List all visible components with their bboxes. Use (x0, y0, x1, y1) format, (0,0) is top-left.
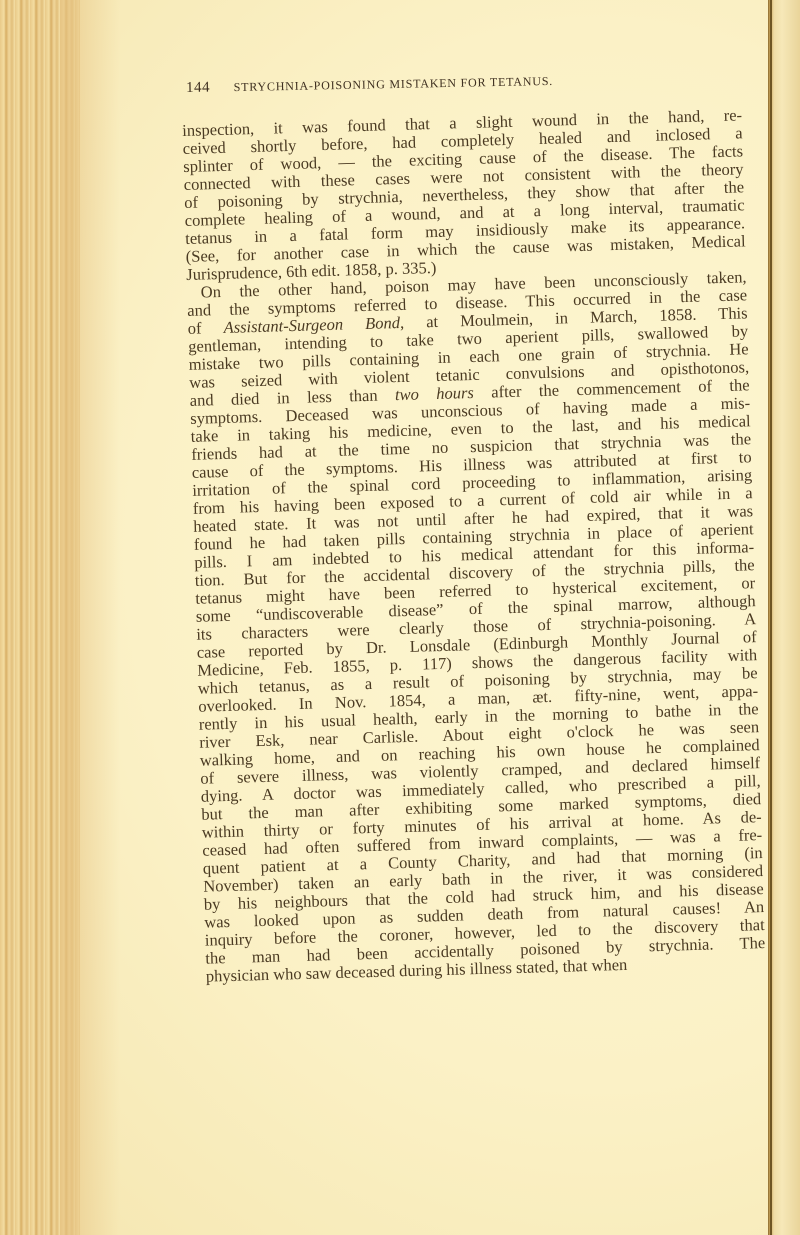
page-number: 144 (186, 79, 230, 97)
body-text: inspection, it was found that a slight w… (182, 106, 776, 986)
running-head-title: STRYCHNIA-POISONING MISTAKEN FOR TETANUS… (234, 74, 554, 94)
text-segment: of (188, 318, 224, 338)
scanned-book-page: 144 STRYCHNIA-POISONING MISTAKEN FOR TET… (0, 0, 800, 1235)
page-edge-shadow (60, 0, 120, 1235)
running-head: 144 STRYCHNIA-POISONING MISTAKEN FOR TET… (186, 69, 746, 97)
binding-edge-line (770, 0, 772, 1235)
binding-edge (768, 0, 800, 1235)
